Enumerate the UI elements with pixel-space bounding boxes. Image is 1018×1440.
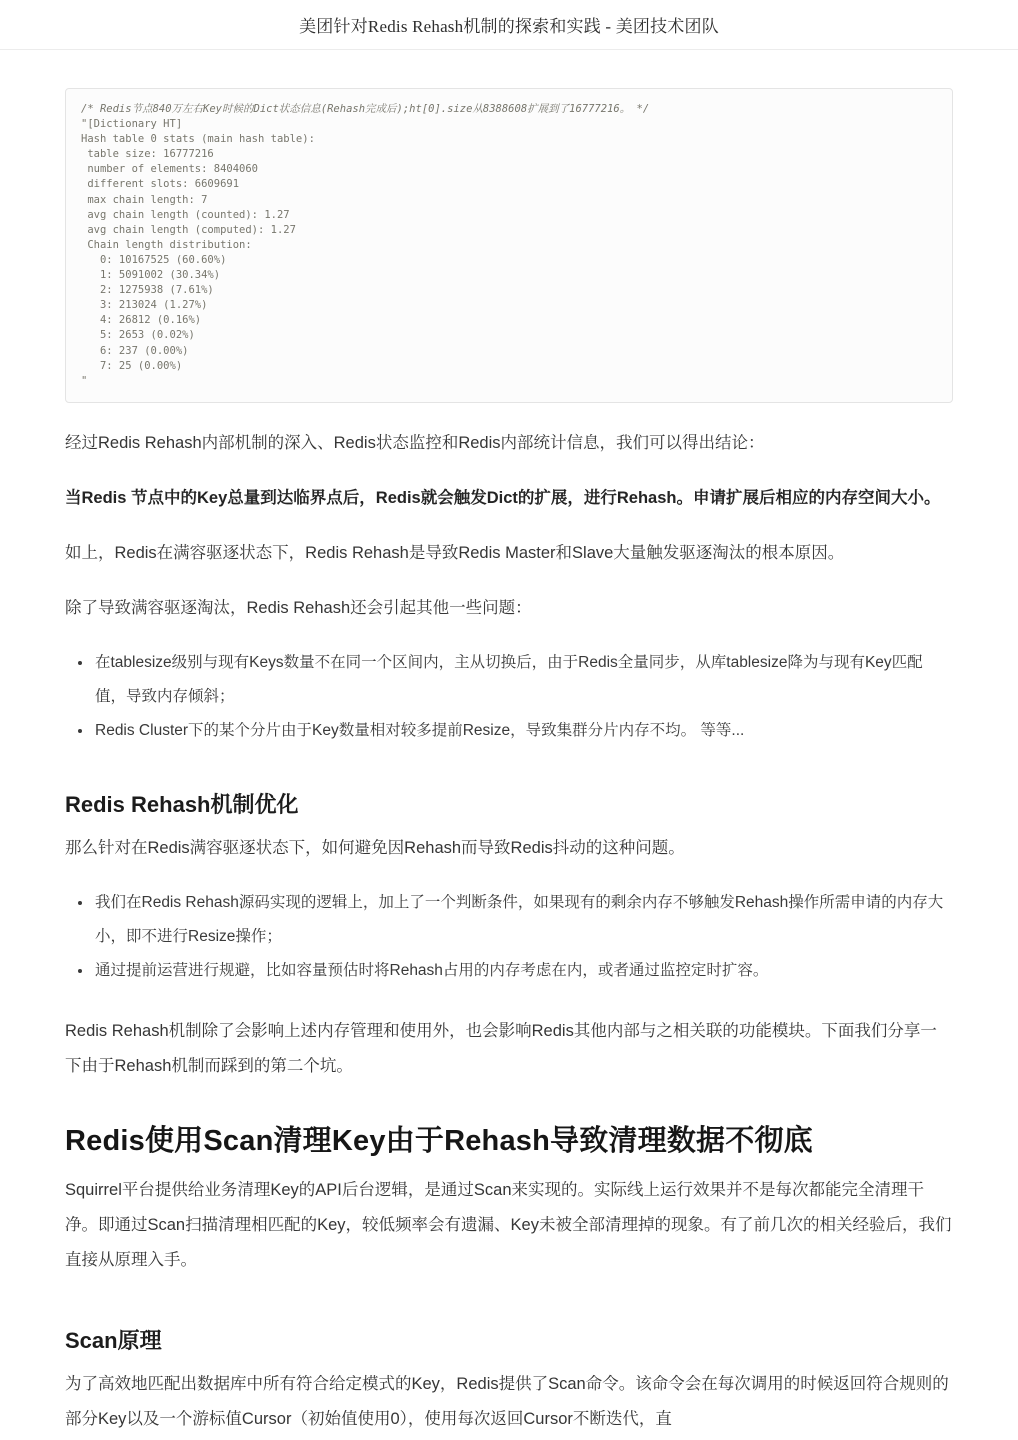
- paragraph-optimization-intro: 那么针对在Redis满容驱逐状态下，如何避免因Rehash而导致Redis抖动的…: [65, 831, 953, 866]
- code-block: /* Redis节点840万左右Key时候的Dict状态信息(Rehash完成后…: [65, 88, 953, 403]
- code-line: 0: 10167525 (60.60%): [81, 253, 937, 268]
- heading-scan-cleanup: Redis使用Scan清理Key由于Rehash导致清理数据不彻底: [65, 1118, 953, 1159]
- code-line: 7: 25 (0.00%): [81, 359, 937, 374]
- heading-scan-principle: Scan原理: [65, 1324, 953, 1355]
- code-line: number of elements: 8404060: [81, 162, 937, 177]
- page-title: 美团针对Redis Rehash机制的探索和实践 - 美团技术团队: [299, 12, 719, 37]
- issues-list: 在tablesize级别与现有Keys数量不在同一个区间内，主从切换后，由于Re…: [65, 646, 953, 748]
- paragraph-scan-principle: 为了高效地匹配出数据库中所有符合给定模式的Key，Redis提供了Scan命令。…: [65, 1367, 953, 1437]
- code-line: 5: 2653 (0.02%): [81, 328, 937, 343]
- code-line: different slots: 6609691: [81, 177, 937, 192]
- code-line: 1: 5091002 (30.34%): [81, 268, 937, 283]
- paragraph-root-cause: 如上，Redis在满容驱逐状态下，Redis Rehash是导致Redis Ma…: [65, 536, 953, 571]
- paragraph-conclusion-intro: 经过Redis Rehash内部机制的深入、Redis状态监控和Redis内部统…: [65, 426, 953, 461]
- article-content: /* Redis节点840万左右Key时候的Dict状态信息(Rehash完成后…: [65, 88, 953, 1437]
- code-line: "[Dictionary HT]: [81, 117, 937, 132]
- code-line: Hash table 0 stats (main hash table):: [81, 132, 937, 147]
- list-item: 通过提前运营进行规避，比如容量预估时将Rehash占用的内存考虑在内，或者通过监…: [93, 954, 953, 988]
- page-header: 美团针对Redis Rehash机制的探索和实践 - 美团技术团队: [0, 0, 1018, 50]
- code-line: avg chain length (counted): 1.27: [81, 208, 937, 223]
- code-line: table size: 16777216: [81, 147, 937, 162]
- paragraph-squirrel: Squirrel平台提供给业务清理Key的API后台逻辑，是通过Scan来实现的…: [65, 1173, 953, 1278]
- paragraph-conclusion-bold: 当Redis 节点中的Key总量到达临界点后，Redis就会触发Dict的扩展，…: [65, 481, 953, 516]
- paragraph-second-pit-intro: Redis Rehash机制除了会影响上述内存管理和使用外，也会影响Redis其…: [65, 1014, 953, 1084]
- code-line: Chain length distribution:: [81, 238, 937, 253]
- code-comment: /* Redis节点840万左右Key时候的Dict状态信息(Rehash完成后…: [81, 102, 937, 117]
- code-line: 2: 1275938 (7.61%): [81, 283, 937, 298]
- code-line: 4: 26812 (0.16%): [81, 313, 937, 328]
- paragraph-other-issues-intro: 除了导致满容驱逐淘汰，Redis Rehash还会引起其他一些问题：: [65, 591, 953, 626]
- heading-rehash-optimization: Redis Rehash机制优化: [65, 788, 953, 819]
- code-line: 3: 213024 (1.27%): [81, 298, 937, 313]
- code-line: avg chain length (computed): 1.27: [81, 223, 937, 238]
- list-item: Redis Cluster下的某个分片由于Key数量相对较多提前Resize，导…: [93, 714, 953, 748]
- list-item: 我们在Redis Rehash源码实现的逻辑上，加上了一个判断条件，如果现有的剩…: [93, 886, 953, 954]
- optimization-list: 我们在Redis Rehash源码实现的逻辑上，加上了一个判断条件，如果现有的剩…: [65, 886, 953, 988]
- code-line: ": [81, 374, 937, 389]
- list-item: 在tablesize级别与现有Keys数量不在同一个区间内，主从切换后，由于Re…: [93, 646, 953, 714]
- code-line: max chain length: 7: [81, 193, 937, 208]
- code-line: 6: 237 (0.00%): [81, 344, 937, 359]
